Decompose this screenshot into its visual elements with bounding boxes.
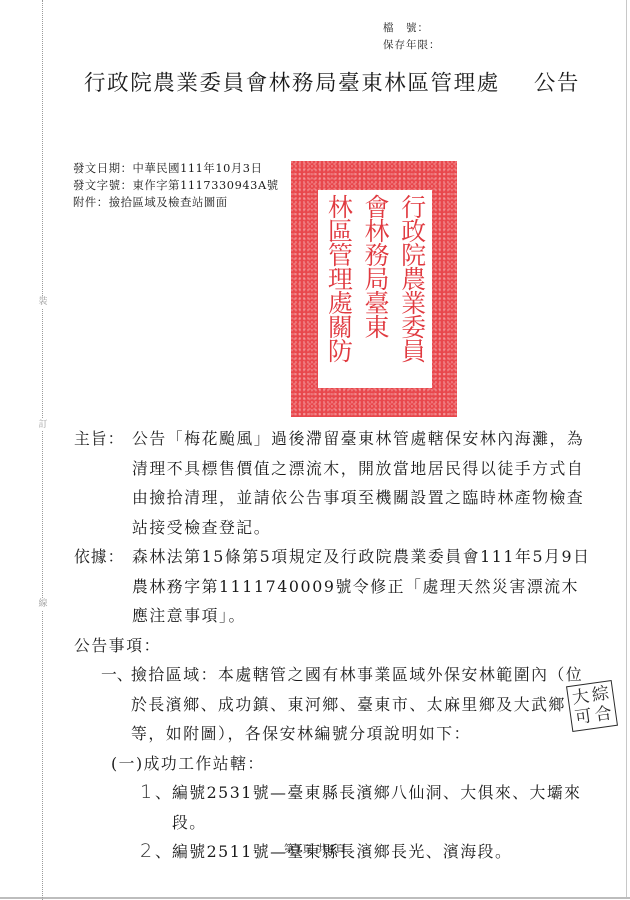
stamp-char: 可 [572, 706, 595, 729]
notice-body: 主旨： 公告「梅花颱風」過後滯留臺東林管處轄保安林內海灘，為清理不具標售價值之漂… [74, 424, 594, 867]
retention-period-label: 保存年限： [383, 37, 441, 54]
agency-name: 行政院農業委員會林務局臺東林區管理處 [84, 71, 500, 96]
subject-text: 公告「梅花颱風」過後滯留臺東林管處轄保安林內海灘，為清理不具標售價值之漂流木，開… [132, 424, 594, 542]
seal-column-3: 林區管理處關防 [321, 194, 355, 382]
binding-mark-ding: 訂 [36, 419, 50, 431]
document-title: 行政院農業委員會林務局臺東林區管理處公告 [84, 66, 580, 97]
official-seal: 行政院農業委員 會林務局臺東 林區管理處關防 [291, 161, 457, 417]
page-edge [626, 0, 627, 897]
seal-field: 行政院農業委員 會林務局臺東 林區管理處關防 [318, 190, 432, 388]
binding-mark-zhuang: 裝 [36, 296, 50, 308]
subject-paragraph: 主旨： 公告「梅花颱風」過後滯留臺東林管處轄保安林內海灘，為清理不具標售價值之漂… [74, 424, 594, 542]
seal-column-1: 行政院農業委員 [395, 194, 429, 382]
basis-paragraph: 依據： 森林法第15條第5項規定及行政院農業委員會111年5月9日農林務字第11… [74, 542, 594, 631]
reference-number: 發文字號：東作字第1117330943A號 [73, 177, 279, 194]
issue-info: 發文日期：中華民國111年10月3日 發文字號：東作字第1117330943A號… [73, 160, 279, 211]
binding-mark-xian: 線 [36, 598, 50, 610]
sub-item-number: 1 [140, 778, 152, 808]
notice-item-text: 撿拾區域：本處轄管之國有林事業區域外保安林範圍內（位於長濱鄉、成功鎮、東河鄉、臺… [131, 660, 594, 749]
file-number-label: 檔 號： [383, 20, 441, 37]
sub-item-separator: 、 [155, 778, 171, 808]
seal-column-2: 會林務局臺東 [358, 194, 392, 382]
attachment-info: 附件：撿拾區域及檢查站圖面 [73, 194, 279, 211]
stamp-char: 合 [592, 703, 615, 726]
sub-item-text: 編號2531號—臺東縣長濱鄉八仙洞、大俱來、大壩來段。 [172, 778, 594, 837]
sub-item: 1 、 編號2531號—臺東縣長濱鄉八仙洞、大俱來、大壩來段。 [140, 778, 594, 837]
file-meta: 檔 號： 保存年限： [383, 20, 441, 54]
sub-heading: (一)成功工作站轄： [111, 749, 594, 779]
notice-item-number: 一、 [101, 660, 133, 690]
issue-date: 發文日期：中華民國111年10月3日 [73, 160, 279, 177]
basis-text: 森林法第15條第5項規定及行政院農業委員會111年5月9日農林務字第111174… [132, 542, 594, 631]
document-type: 公告 [534, 71, 580, 96]
notice-items-heading: 公告事項： [74, 631, 594, 661]
subject-label: 主旨： [74, 424, 124, 454]
notice-item: 一、 撿拾區域：本處轄管之國有林事業區域外保安林範圍內（位於長濱鄉、成功鎮、東河… [101, 660, 594, 749]
partial-stamp: 綜 大 合 可 [566, 680, 618, 732]
binding-line [42, 0, 43, 900]
basis-label: 依據： [74, 542, 124, 572]
page-edge [0, 897, 630, 899]
page-number: 第1頁 共4頁 [0, 841, 630, 856]
